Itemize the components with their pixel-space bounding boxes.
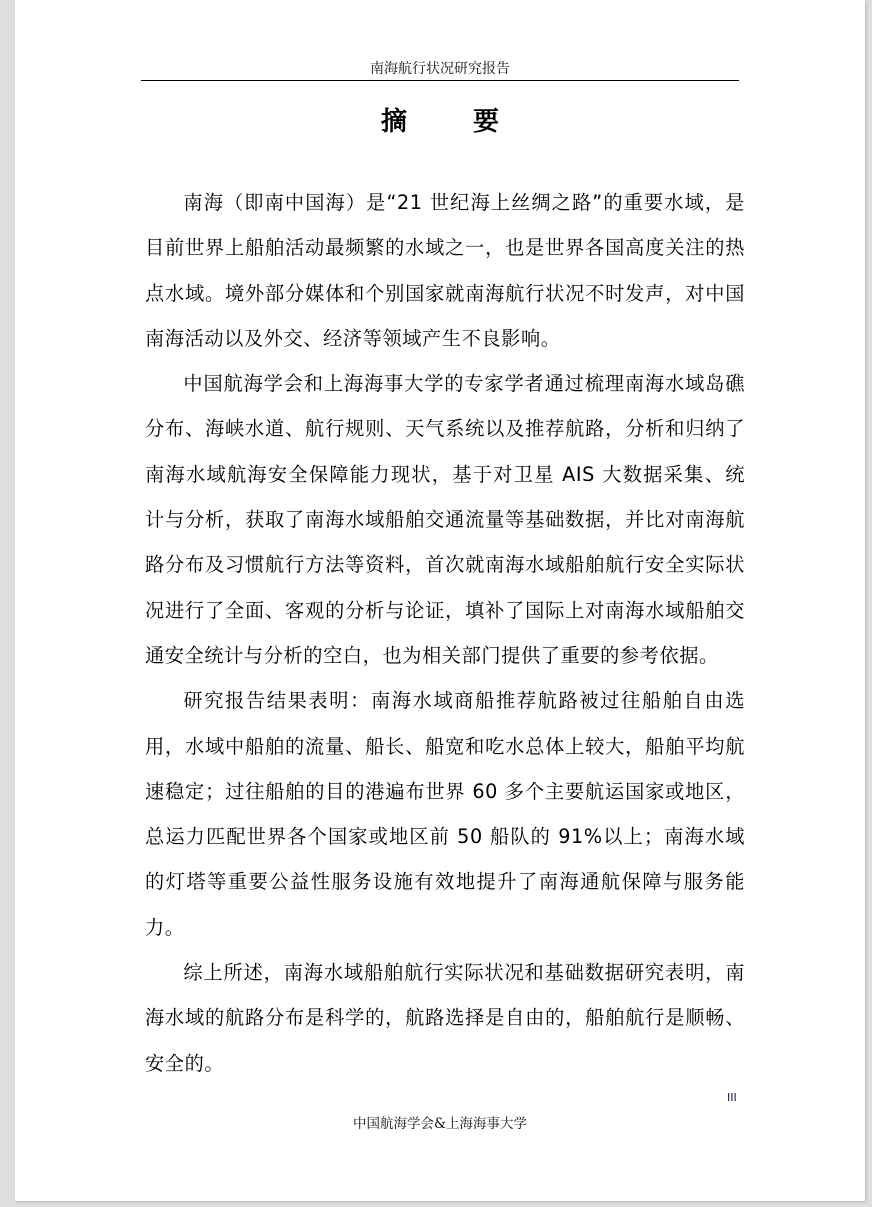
paragraph-1: 南海（即南中国海）是“21 世纪海上丝绸之路”的重要水域，是目前世界上船舶活动最… — [145, 180, 745, 361]
page-number: III — [727, 1091, 737, 1104]
abstract-body: 南海（即南中国海）是“21 世纪海上丝绸之路”的重要水域，是目前世界上船舶活动最… — [145, 180, 745, 1086]
paragraph-4: 综上所述，南海水域船舶航行实际状况和基础数据研究表明，南海水域的航路分布是科学的… — [145, 950, 745, 1086]
paragraph-2: 中国航海学会和上海海事大学的专家学者通过梳理南海水域岛礁分布、海峡水道、航行规则… — [145, 361, 745, 678]
paragraph-3: 研究报告结果表明：南海水域商船推荐航路被过往船舶自由选用，水域中船舶的流量、船长… — [145, 678, 745, 950]
header-divider — [141, 80, 739, 81]
document-viewer: 南海航行状况研究报告 摘 要 南海（即南中国海）是“21 世纪海上丝绸之路”的重… — [0, 0, 872, 1207]
page-footer: 中国航海学会&上海海事大学 — [141, 1112, 739, 1132]
abstract-title: 摘 要 — [141, 104, 739, 140]
document-page: 南海航行状况研究报告 摘 要 南海（即南中国海）是“21 世纪海上丝绸之路”的重… — [15, 0, 865, 1201]
running-header: 南海航行状况研究报告 — [141, 60, 739, 78]
